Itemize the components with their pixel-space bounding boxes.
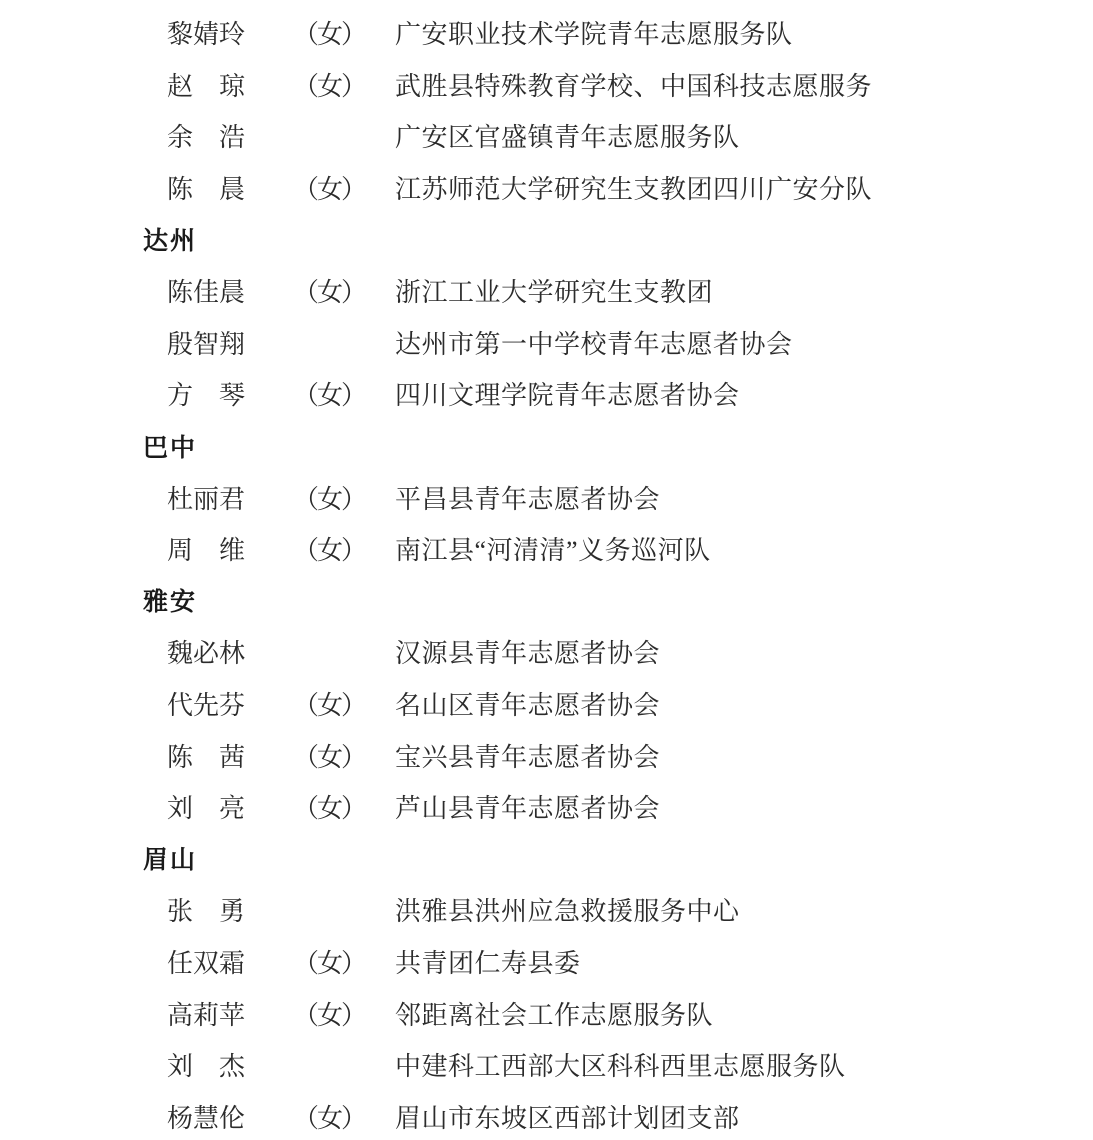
organization-name: 洪雅县洪州应急救援服务中心 — [395, 891, 740, 928]
volunteer-row: 杜丽君 （女） 平昌县青年志愿者协会 — [0, 471, 1093, 523]
volunteer-name: 代先芬 — [167, 685, 245, 722]
organization-name: 共青团仁寿县委 — [395, 943, 581, 980]
volunteer-row: 余浩 广安区官盛镇青年志愿服务队 — [0, 110, 1093, 162]
organization-name: 广安区官盛镇青年志愿服务队 — [395, 117, 740, 154]
volunteer-name: 赵琼 — [167, 66, 245, 103]
volunteer-name: 高莉苹 — [167, 995, 245, 1032]
section-heading: 雅安 — [143, 582, 197, 618]
volunteer-row: 殷智翔 达州市第一中学校青年志愿者协会 — [0, 317, 1093, 369]
organization-name: 平昌县青年志愿者协会 — [395, 479, 660, 516]
volunteer-name: 刘亮 — [167, 788, 245, 825]
gender-label: （女） — [293, 479, 395, 516]
volunteer-name: 任双霜 — [167, 943, 245, 980]
volunteer-name: 杜丽君 — [167, 479, 245, 516]
section-heading: 巴中 — [143, 428, 197, 464]
section-heading-row: 达州 — [0, 213, 1093, 265]
volunteer-row: 黎婧玲 （女） 广安职业技术学院青年志愿服务队 — [0, 7, 1093, 59]
organization-name: 江苏师范大学研究生支教团四川广安分队 — [395, 169, 872, 206]
organization-name: 广安职业技术学院青年志愿服务队 — [395, 14, 793, 51]
organization-name: 浙江工业大学研究生支教团 — [395, 272, 713, 309]
organization-name: 中建科工西部大区科科西里志愿服务队 — [395, 1046, 846, 1083]
volunteer-name: 方琴 — [167, 375, 245, 412]
volunteer-row: 高莉苹 （女） 邻距离社会工作志愿服务队 — [0, 987, 1093, 1039]
volunteer-name: 黎婧玲 — [167, 14, 245, 51]
section-heading-row: 雅安 — [0, 575, 1093, 627]
volunteer-row: 陈晨 （女） 江苏师范大学研究生支教团四川广安分队 — [0, 162, 1093, 214]
volunteer-name: 陈佳晨 — [167, 272, 245, 309]
gender-label: （女） — [293, 66, 395, 103]
organization-name: 武胜县特殊教育学校、中国科技志愿服务 — [395, 66, 872, 103]
gender-label: （女） — [293, 169, 395, 206]
organization-name: 达州市第一中学校青年志愿者协会 — [395, 324, 793, 361]
gender-label: （女） — [293, 530, 395, 567]
volunteer-name: 陈晨 — [167, 169, 245, 206]
gender-label: （女） — [293, 995, 395, 1032]
volunteer-row: 刘亮 （女） 芦山县青年志愿者协会 — [0, 781, 1093, 833]
volunteer-row: 魏必林 汉源县青年志愿者协会 — [0, 626, 1093, 678]
volunteer-row: 代先芬 （女） 名山区青年志愿者协会 — [0, 678, 1093, 730]
gender-label: （女） — [293, 1098, 395, 1135]
volunteer-row: 刘杰 中建科工西部大区科科西里志愿服务队 — [0, 1039, 1093, 1091]
volunteer-name: 刘杰 — [167, 1046, 245, 1083]
volunteer-row: 任双霜 （女） 共青团仁寿县委 — [0, 936, 1093, 988]
section-heading: 达州 — [143, 221, 197, 257]
organization-name: 四川文理学院青年志愿者协会 — [395, 375, 740, 412]
gender-label: （女） — [293, 943, 395, 980]
gender-label: （女） — [293, 14, 395, 51]
document-page: 黎婧玲 （女） 广安职业技术学院青年志愿服务队 赵琼 （女） 武胜县特殊教育学校… — [0, 0, 1093, 1140]
organization-name: 宝兴县青年志愿者协会 — [395, 737, 660, 774]
volunteer-row: 张勇 洪雅县洪州应急救援服务中心 — [0, 884, 1093, 936]
volunteer-row: 陈茜 （女） 宝兴县青年志愿者协会 — [0, 729, 1093, 781]
volunteer-name: 陈茜 — [167, 737, 245, 774]
gender-label: （女） — [293, 375, 395, 412]
gender-label: （女） — [293, 685, 395, 722]
volunteer-name: 张勇 — [167, 891, 245, 928]
volunteer-row: 杨慧伦 （女） 眉山市东坡区西部计划团支部 — [0, 1090, 1093, 1140]
gender-label: （女） — [293, 737, 395, 774]
volunteer-name: 魏必林 — [167, 633, 245, 670]
volunteer-row: 方琴 （女） 四川文理学院青年志愿者协会 — [0, 368, 1093, 420]
gender-label: （女） — [293, 788, 395, 825]
organization-name: 南江县“河清清”义务巡河队 — [395, 530, 711, 567]
organization-name: 邻距离社会工作志愿服务队 — [395, 995, 713, 1032]
volunteer-row: 陈佳晨 （女） 浙江工业大学研究生支教团 — [0, 265, 1093, 317]
volunteer-row: 赵琼 （女） 武胜县特殊教育学校、中国科技志愿服务 — [0, 59, 1093, 111]
volunteer-name: 殷智翔 — [167, 324, 245, 361]
section-heading-row: 巴中 — [0, 420, 1093, 472]
organization-name: 汉源县青年志愿者协会 — [395, 633, 660, 670]
organization-name: 眉山市东坡区西部计划团支部 — [395, 1098, 740, 1135]
volunteer-row: 周维 （女） 南江县“河清清”义务巡河队 — [0, 523, 1093, 575]
organization-name: 名山区青年志愿者协会 — [395, 685, 660, 722]
section-heading-row: 眉山 — [0, 833, 1093, 885]
organization-name: 芦山县青年志愿者协会 — [395, 788, 660, 825]
gender-label: （女） — [293, 272, 395, 309]
volunteer-name: 余浩 — [167, 117, 245, 154]
section-heading: 眉山 — [143, 840, 197, 876]
volunteer-name: 杨慧伦 — [167, 1098, 245, 1135]
volunteer-name: 周维 — [167, 530, 245, 567]
